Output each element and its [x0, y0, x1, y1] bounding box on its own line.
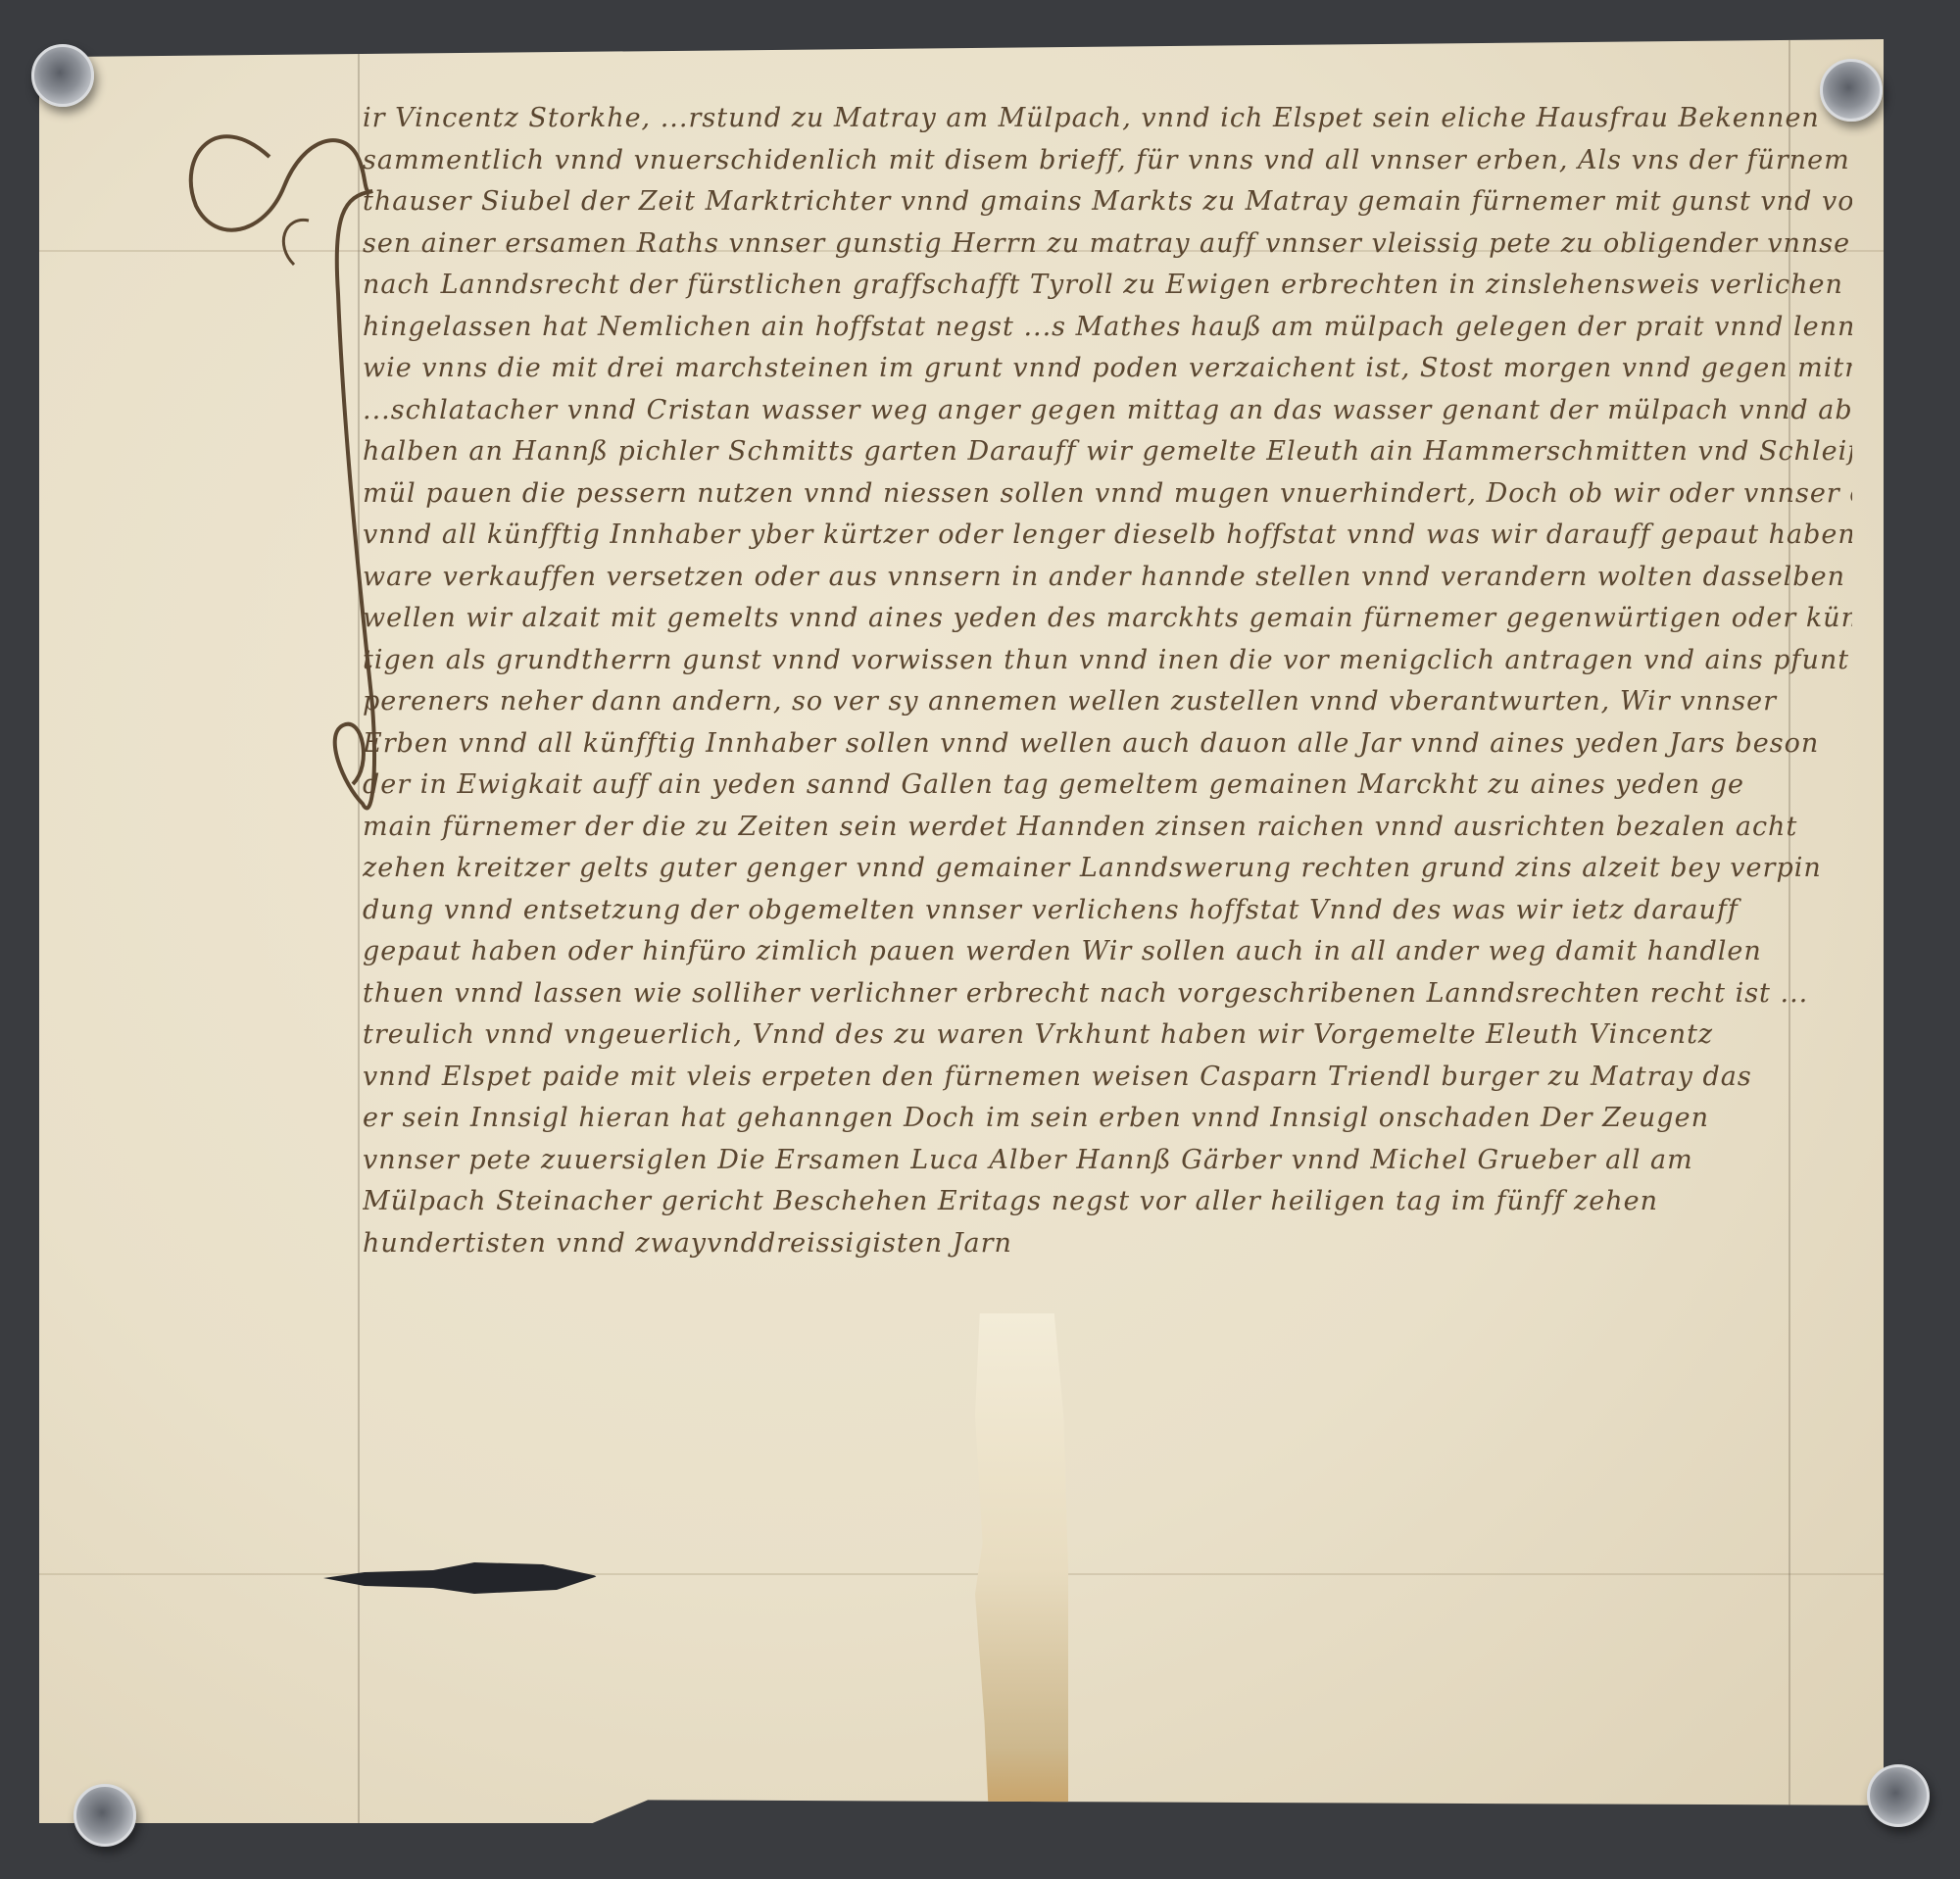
text-line: gepaut haben oder hinfüro zimlich pauen … — [363, 931, 1852, 973]
manuscript-text: ir Vincentz Storkhe, ...rstund zu Matray… — [363, 98, 1852, 1264]
text-line: vnnd Elspet paide mit vleis erpeten den … — [363, 1057, 1852, 1099]
fold-line — [39, 1573, 1884, 1575]
text-line: treulich vnnd vngeuerlich, Vnnd des zu w… — [363, 1014, 1852, 1057]
text-line: ware verkauffen versetzen oder aus vnnse… — [363, 557, 1852, 599]
text-line: tigen als grundtherrn gunst vnnd vorwiss… — [363, 640, 1852, 682]
parchment-document: ir Vincentz Storkhe, ...rstund zu Matray… — [39, 39, 1884, 1823]
text-line: halben an Hannß pichler Schmitts garten … — [363, 431, 1852, 473]
decorated-initial-w — [176, 98, 382, 843]
text-line: hundertisten vnnd zwayvnddreissigisten J… — [363, 1223, 1852, 1265]
text-line: sammentlich vnnd vnuerschidenlich mit di… — [363, 140, 1852, 182]
text-line: thauser Siubel der Zeit Marktrichter vnn… — [363, 181, 1852, 223]
magnet-top-right — [1820, 59, 1883, 122]
text-line: main fürnemer der die zu Zeiten sein wer… — [363, 807, 1852, 849]
text-line: er sein Innsigl hieran hat gehanngen Doc… — [363, 1098, 1852, 1140]
text-line: hingelassen hat Nemlichen ain hoffstat n… — [363, 307, 1852, 349]
text-line: mül pauen die pessern nutzen vnnd niesse… — [363, 473, 1852, 516]
seal-tag — [975, 1313, 1068, 1823]
text-line: Mülpach Steinacher gericht Beschehen Eri… — [363, 1181, 1852, 1223]
magnet-bottom-left — [73, 1784, 136, 1847]
text-line: vnnd all künfftig Innhaber yber kürtzer … — [363, 515, 1852, 557]
text-line: vnnser pete zuuersiglen Die Ersamen Luca… — [363, 1140, 1852, 1182]
text-line: dung vnnd entsetzung der obgemelten vnns… — [363, 890, 1852, 932]
magnet-top-left — [31, 44, 94, 107]
text-line: pereners neher dann andern, so ver sy an… — [363, 681, 1852, 723]
text-line: ...schlatacher vnnd Cristan wasser weg a… — [363, 390, 1852, 432]
text-line: Erben vnnd all künfftig Innhaber sollen … — [363, 723, 1852, 766]
text-line: ir Vincentz Storkhe, ...rstund zu Matray… — [363, 98, 1852, 140]
magnet-bottom-right — [1867, 1764, 1930, 1827]
text-line: zehen kreitzer gelts guter genger vnnd g… — [363, 848, 1852, 890]
text-line: wie vnns die mit drei marchsteinen im gr… — [363, 348, 1852, 390]
text-line: der in Ewigkait auff ain yeden sannd Gal… — [363, 765, 1852, 807]
text-line: sen ainer ersamen Raths vnnser gunstig H… — [363, 223, 1852, 266]
text-line: wellen wir alzait mit gemelts vnnd aines… — [363, 598, 1852, 640]
text-line: thuen vnnd lassen wie solliher verlichne… — [363, 973, 1852, 1015]
text-line: nach Lanndsrecht der fürstlichen graffsc… — [363, 265, 1852, 307]
